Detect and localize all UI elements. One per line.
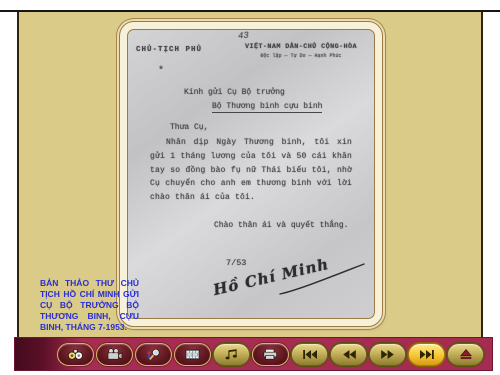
state-motto-line1: VIỆT-NAM DÂN-CHỦ CỘNG-HÒA [232, 43, 370, 51]
skip-last-button[interactable] [408, 343, 445, 366]
letter-body: Nhân dịp Ngày Thương binh, tôi xin gửi 1… [150, 136, 352, 205]
letter-closing: Chào thân ái và quyết thắng. [214, 221, 348, 230]
document-scan: 43 CHỦ-TỊCH PHỦ * VIỆT-NAM DÂN-CHỦ CỘNG-… [127, 29, 375, 319]
letterhead-star: * [158, 66, 164, 77]
document-frame: 43 CHỦ-TỊCH PHỦ * VIỆT-NAM DÂN-CHỦ CỘNG-… [119, 21, 383, 327]
print-button[interactable] [252, 343, 289, 366]
skip-last-icon [419, 349, 435, 360]
forward-icon [380, 349, 396, 360]
music-button[interactable] [213, 343, 250, 366]
letterhead-office: CHỦ-TỊCH PHỦ [136, 46, 202, 54]
film-icon [184, 348, 201, 361]
binoculars-button[interactable] [57, 343, 94, 366]
binoculars-icon [67, 348, 84, 361]
main-panel: 43 CHỦ-TỊCH PHỦ * VIỆT-NAM DÂN-CHỦ CỘNG-… [17, 12, 483, 337]
letter-opening: Thưa Cụ, [170, 123, 208, 132]
film-button[interactable] [174, 343, 211, 366]
search-icon [145, 348, 162, 361]
camera-button[interactable] [96, 343, 133, 366]
toolbar [14, 337, 493, 371]
photo-caption: BẢN THẢO THƯ CHỦ TỊCH HỒ CHÍ MINH GỬI CỤ… [40, 278, 139, 333]
print-icon [262, 348, 279, 361]
page-number: 43 [238, 31, 250, 42]
eject-button[interactable] [447, 343, 484, 366]
skip-first-button[interactable] [291, 343, 328, 366]
state-motto-line2: Độc lập — Tự Do — Hạnh Phúc [232, 53, 370, 59]
music-icon [224, 348, 239, 361]
salutation-line1: Kính gửi Cụ Bộ trưởng [184, 88, 285, 97]
eject-icon [458, 348, 474, 360]
letterhead-state: VIỆT-NAM DÂN-CHỦ CỘNG-HÒA Độc lập — Tự D… [232, 43, 370, 59]
forward-button[interactable] [369, 343, 406, 366]
camera-icon [106, 348, 123, 361]
skip-first-icon [302, 349, 318, 360]
rewind-icon [341, 349, 357, 360]
rewind-button[interactable] [330, 343, 367, 366]
search-button[interactable] [135, 343, 172, 366]
letter-date: 7/53 [226, 258, 246, 268]
salutation-line2: Bộ Thương binh cựu binh [212, 102, 322, 113]
